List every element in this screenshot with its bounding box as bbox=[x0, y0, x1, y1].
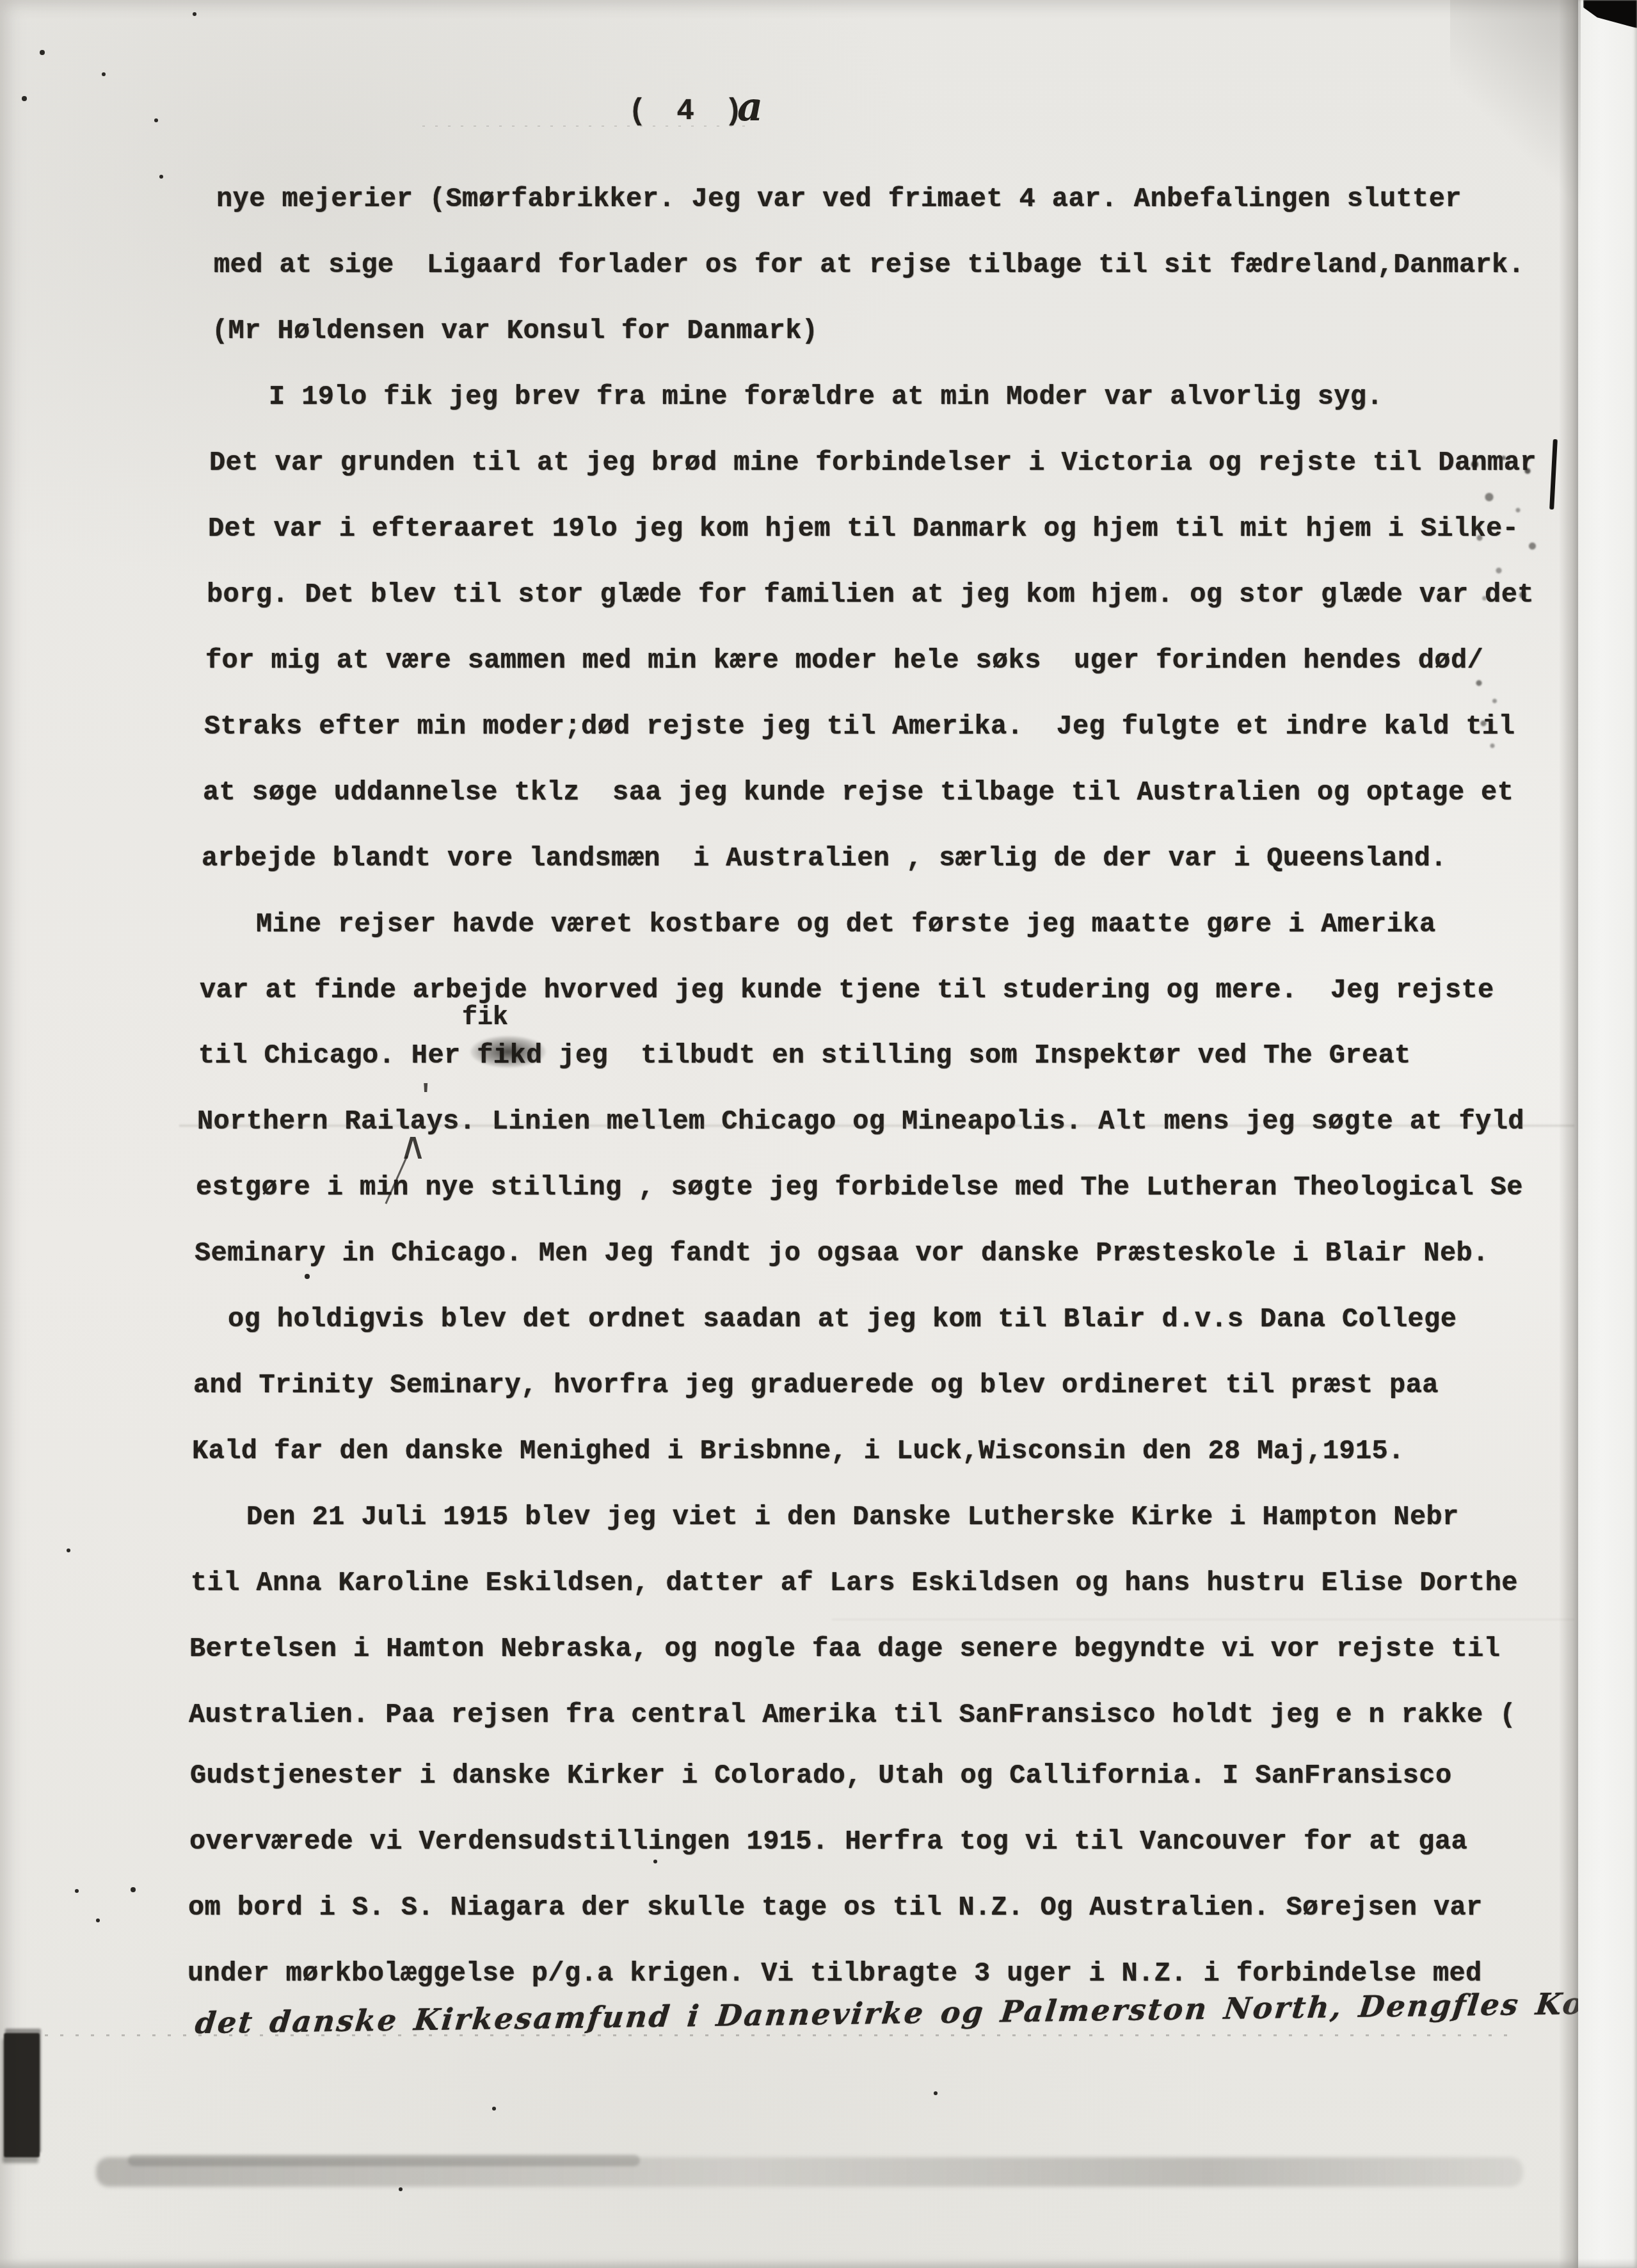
ink-smudge bbox=[1460, 448, 1556, 611]
typed-line: nye mejerier (Smørfabrikker. Jeg var ved… bbox=[216, 186, 1462, 213]
typed-line: var at finde arbejde hvorved jeg kunde t… bbox=[200, 977, 1494, 1004]
typed-line: til Anna Karoline Eskildsen, datter af L… bbox=[191, 1570, 1518, 1596]
typed-line: arbejde blandt vore landsmæn i Australie… bbox=[202, 845, 1447, 872]
ink-smudge bbox=[1465, 670, 1510, 759]
typed-insertion-word: fik bbox=[462, 1004, 508, 1033]
typed-line: Mine rejser havde været kostbare og det … bbox=[256, 911, 1436, 938]
page-number: ( 4 ) bbox=[628, 95, 749, 128]
typed-line: borg. Det blev til stor glæde for famili… bbox=[207, 581, 1534, 608]
typed-line: Seminary in Chicago. Men Jeg fandt jo og… bbox=[195, 1240, 1489, 1267]
scan-bottom-edge bbox=[0, 2258, 1637, 2268]
scan-artifact-dotted-line bbox=[45, 2034, 1510, 2036]
corner-fold-shadow bbox=[1450, 0, 1581, 211]
typed-line: Australien. Paa rejsen fra central Ameri… bbox=[189, 1701, 1516, 1728]
typed-line: overværede vi Verdensudstillingen 1915. … bbox=[189, 1828, 1467, 1855]
typed-line: I 19lo fik jeg brev fra mine forældre at… bbox=[269, 383, 1383, 410]
typed-line: om bord i S. S. Niagara der skulle tage … bbox=[188, 1894, 1483, 1921]
typed-line: til Chicago. Her fikd jeg tilbudt en sti… bbox=[198, 1042, 1411, 1069]
typed-line: estgøre i min nye stilling , søgte jeg f… bbox=[196, 1174, 1523, 1201]
typed-line: Den 21 Juli 1915 blev jeg viet i den Dan… bbox=[246, 1504, 1459, 1531]
typed-line: Straks efter min moder;død rejste jeg ti… bbox=[204, 713, 1515, 740]
scan-artifact-dotted-line bbox=[422, 125, 755, 127]
typed-line: and Trinity Seminary, hvorfra jeg gradue… bbox=[193, 1372, 1439, 1399]
scanned-page: ( 4 ) a nye mejerier (Smørfabrikker. Jeg… bbox=[0, 0, 1637, 2268]
typed-line: Bertelsen i Hamton Nebraska, og nogle fa… bbox=[189, 1636, 1500, 1662]
insertion-tick-mark: ' bbox=[417, 1081, 434, 1113]
typed-line: Gudstjenester i danske Kirker i Colorado… bbox=[190, 1762, 1452, 1789]
paper-crease bbox=[832, 1618, 1574, 1621]
typed-line: (Mr Høldensen var Konsul for Danmark) bbox=[212, 318, 818, 344]
scan-artifact-black-bar bbox=[4, 2033, 40, 2157]
typed-line: for mig at være sammen med min kære mode… bbox=[205, 647, 1483, 674]
paper-specks bbox=[0, 0, 3, 3]
typed-line: at søge uddannelse tklz saa jeg kunde re… bbox=[203, 779, 1513, 806]
typed-line: og holdigvis blev det ordnet saadan at j… bbox=[228, 1306, 1457, 1333]
scan-artifact-smudge-band bbox=[128, 2155, 640, 2166]
typed-line: Det var grunden til at jeg brød mine for… bbox=[209, 449, 1537, 476]
paper-edge-shadow bbox=[1559, 0, 1578, 2268]
typed-line: Det var i efteraaret 19lo jeg kom hjem t… bbox=[208, 515, 1519, 542]
typed-line: Northern Railays. Linien mellem Chicago … bbox=[197, 1108, 1524, 1135]
typed-line: Kald far den danske Menighed i Brisbnne,… bbox=[192, 1438, 1405, 1465]
scanner-background-strip bbox=[1578, 0, 1637, 2268]
typed-line: med at sige Ligaard forlader os for at r… bbox=[214, 252, 1524, 278]
paper-crease bbox=[179, 1124, 1574, 1127]
page-number-suffix: a bbox=[737, 83, 763, 130]
ink-overstrike-blot bbox=[470, 1036, 546, 1068]
typed-line: under mørkbolæggelse p/g.a krigen. Vi ti… bbox=[188, 1960, 1482, 1987]
